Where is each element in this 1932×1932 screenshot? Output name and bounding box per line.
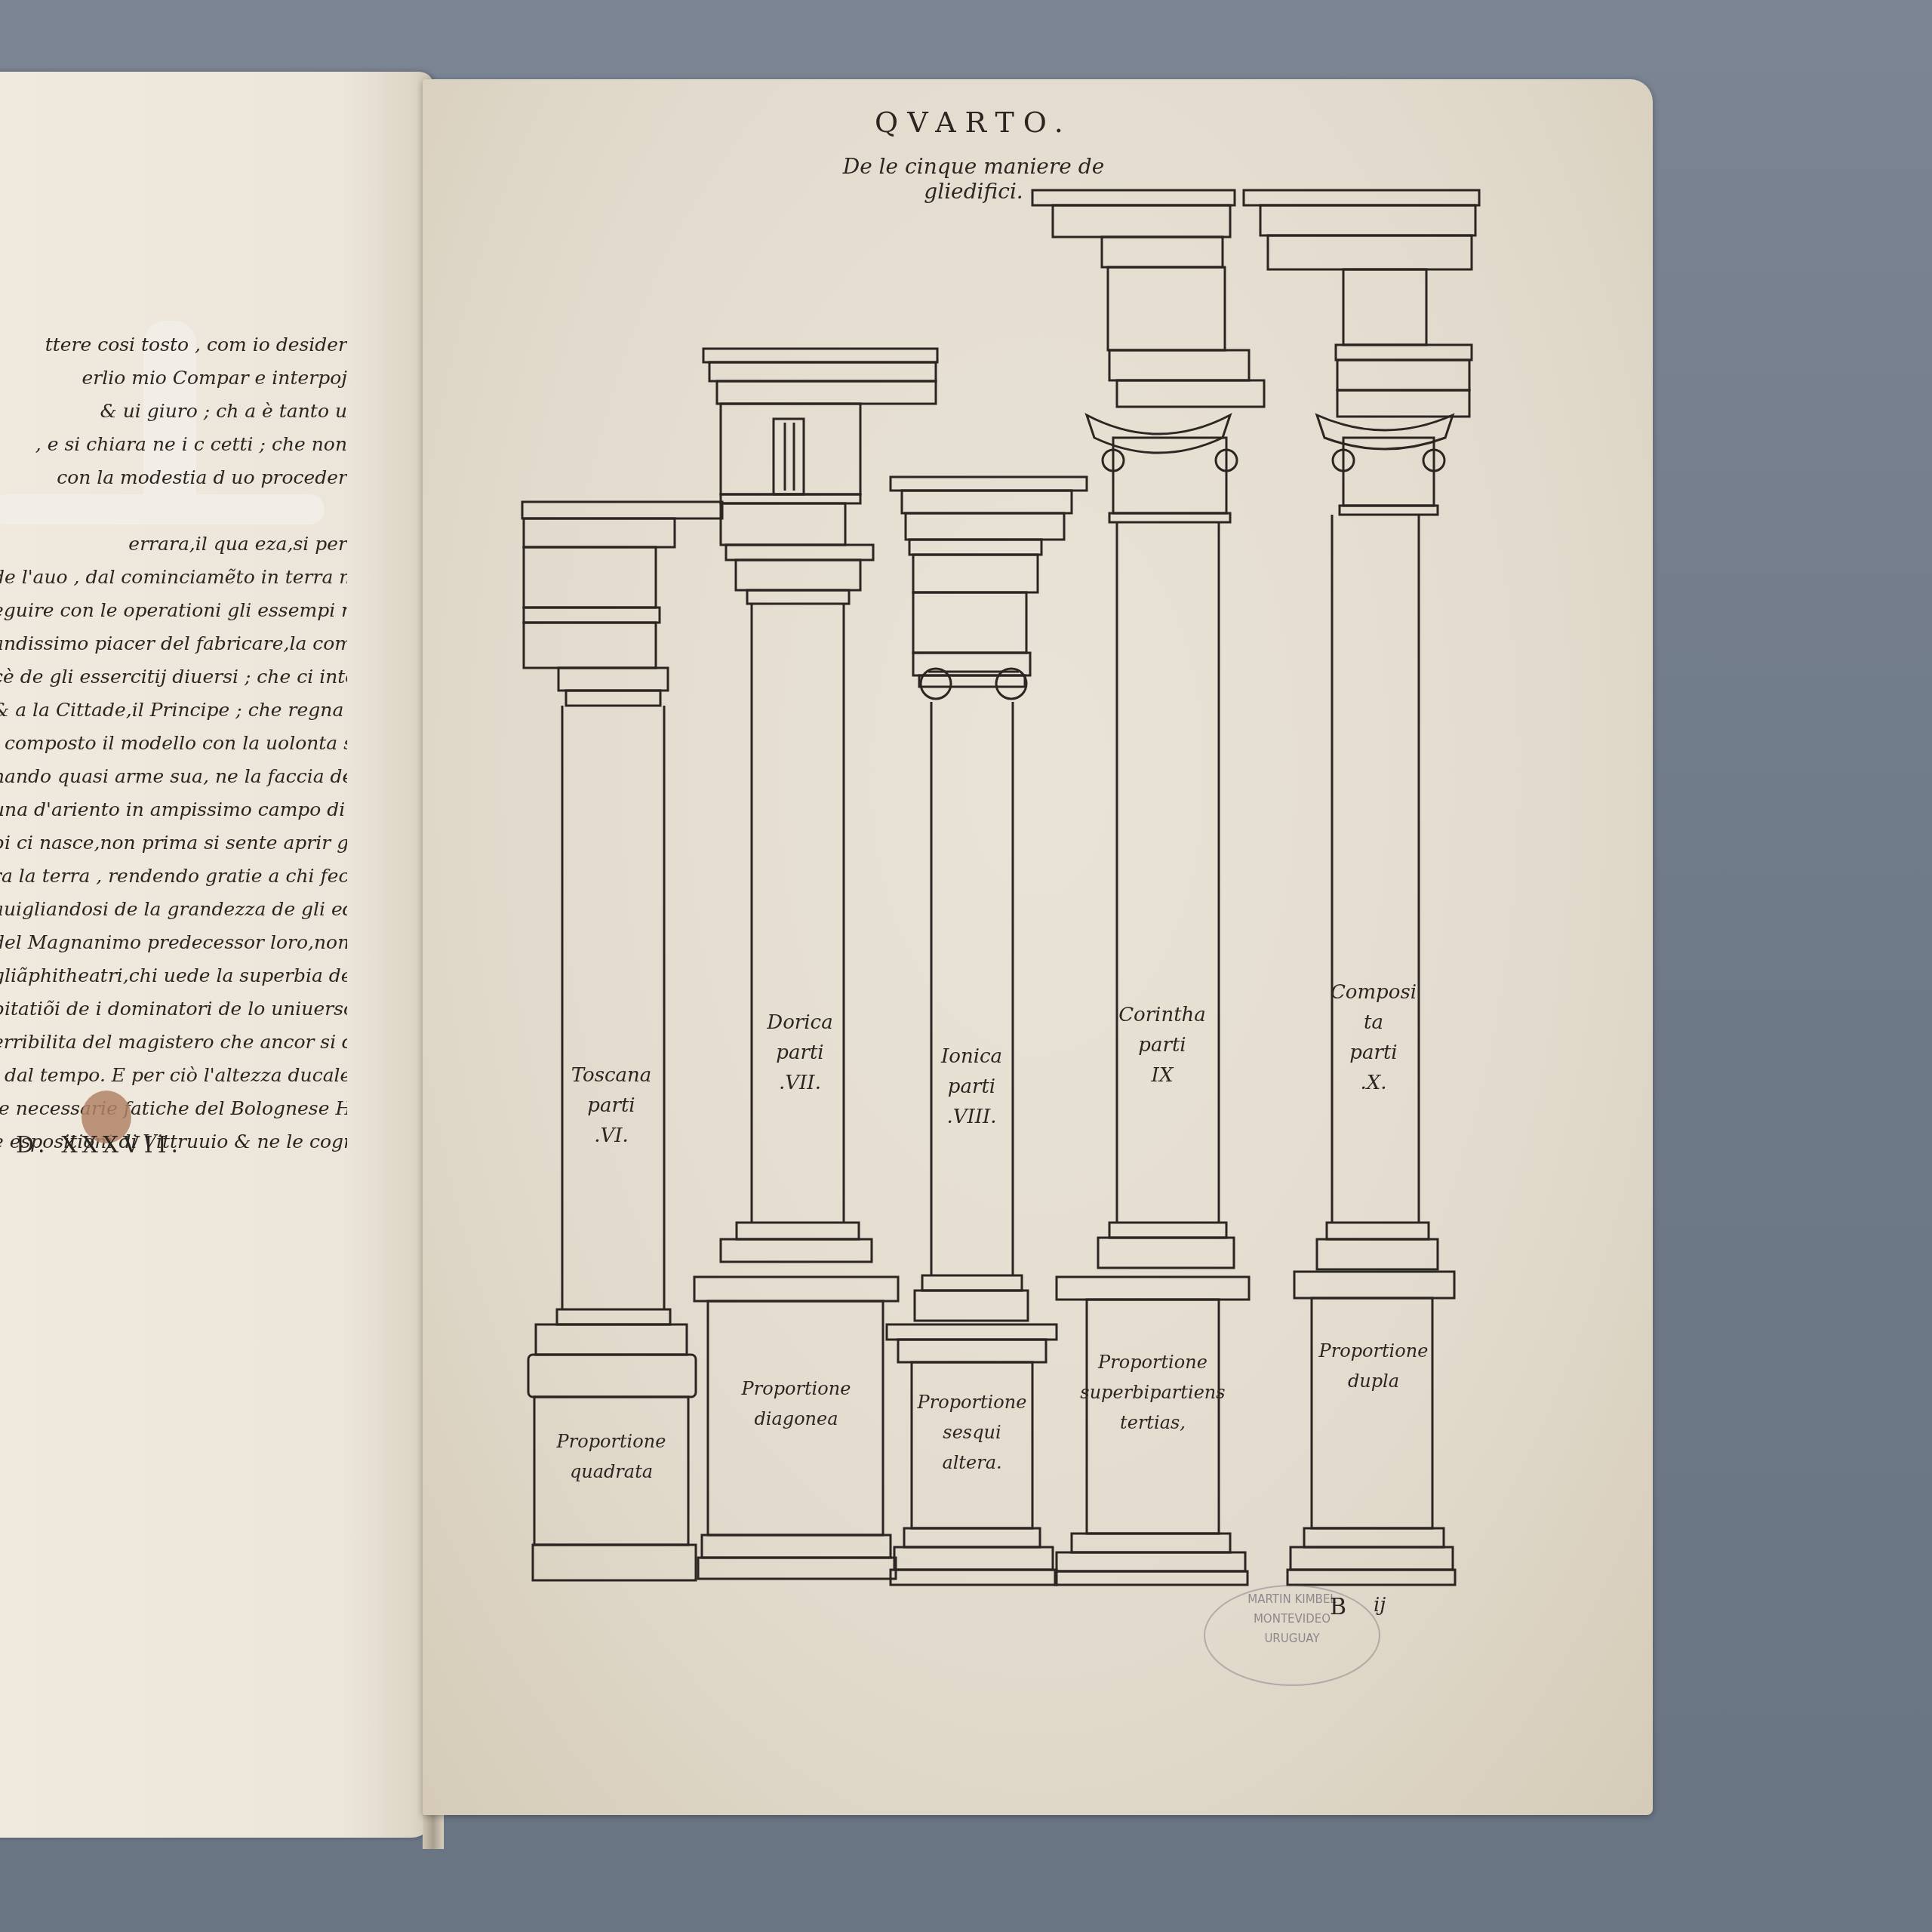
proportion-line: Proportione: [912, 1387, 1032, 1417]
parti-value: .VII.: [747, 1068, 853, 1098]
tuscan-column-drawing: [522, 502, 722, 1580]
order-name: Composi ta: [1328, 977, 1419, 1038]
parti-label: parti: [1328, 1038, 1419, 1068]
signature-leaf: ij: [1374, 1594, 1386, 1617]
column-label-toscana: Toscana parti .VI.: [558, 1060, 664, 1151]
order-name: Dorica: [747, 1008, 853, 1038]
parti-value: IX: [1109, 1060, 1215, 1091]
proportion-line: diagonea: [724, 1404, 868, 1434]
proportion-line: quadrata: [540, 1457, 683, 1487]
ownership-stamp: MARTIN KIMBEL MONTEVIDEO URUGUAY: [1204, 1585, 1380, 1686]
parti-value: .X.: [1328, 1068, 1419, 1098]
stamp-line: MONTEVIDEO: [1205, 1612, 1379, 1626]
stamp-line: URUGUAY: [1205, 1632, 1379, 1645]
proportion-label-toscana: Proportione quadrata: [540, 1426, 683, 1487]
proportion-line: dupla: [1313, 1366, 1434, 1396]
proportion-line: Proportione: [540, 1426, 683, 1457]
parti-value: .VI.: [558, 1121, 664, 1151]
order-name: Toscana: [558, 1060, 664, 1091]
parti-label: parti: [558, 1091, 664, 1121]
proportion-line: superbipartiens: [1079, 1377, 1226, 1407]
order-name: Ionica: [924, 1041, 1019, 1072]
column-label-composita: Composi ta parti .X.: [1328, 977, 1419, 1098]
order-name: Corintha: [1109, 1000, 1215, 1030]
signature-mark: B: [1330, 1594, 1346, 1620]
column-label-dorica: Dorica parti .VII.: [747, 1008, 853, 1098]
proportion-label-ionica: Proportione sesqui altera.: [912, 1387, 1032, 1478]
proportion-line: tertias,: [1079, 1407, 1226, 1438]
column-label-ionica: Ionica parti .VIII.: [924, 1041, 1019, 1132]
proportion-line: altera.: [912, 1447, 1032, 1478]
parti-label: parti: [747, 1038, 853, 1068]
proportion-label-corintha: Proportione superbipartiens tertias,: [1079, 1347, 1226, 1438]
parti-value: .VIII.: [924, 1102, 1019, 1132]
five-orders-illustration: [0, 0, 1932, 1932]
proportion-label-composita: Proportione dupla: [1313, 1336, 1434, 1396]
proportion-line: Proportione: [724, 1374, 868, 1404]
column-label-corintha: Corintha parti IX: [1109, 1000, 1215, 1091]
stamp-line: MARTIN KIMBEL: [1205, 1592, 1379, 1606]
proportion-label-dorica: Proportione diagonea: [724, 1374, 868, 1434]
parti-label: parti: [924, 1072, 1019, 1102]
proportion-line: Proportione: [1079, 1347, 1226, 1377]
proportion-line: Proportione: [1313, 1336, 1434, 1366]
parti-label: parti: [1109, 1030, 1215, 1060]
proportion-line: sesqui: [912, 1417, 1032, 1447]
